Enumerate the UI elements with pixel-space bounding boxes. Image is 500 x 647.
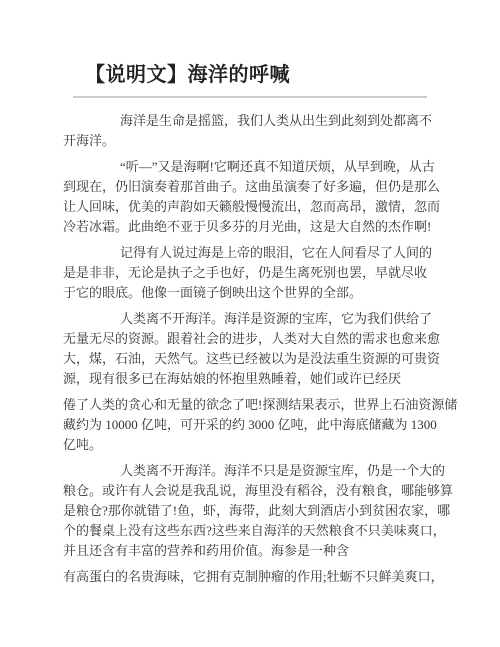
paragraph: “听—”又是海啊!它啊还真不知道厌烦，从早到晚，从古到现在，仍旧演奏着那首曲子。… <box>63 157 440 237</box>
text-line: 人类离不开海洋。海洋是资源的宝库，它为我们供给了 <box>63 309 440 329</box>
text-line: 并且还含有丰富的营养和药用价值。海参是一种含 <box>63 541 440 561</box>
text-line: 大，煤，石油，天然气。这些已经被以为是没法重生资源的可贵资 <box>63 349 440 369</box>
text-line: 人类离不开海洋。海洋不只是是资源宝库，仍是一个大的 <box>63 461 440 481</box>
text-line: 粮仓。或许有人会说是我乱说，海里没有稻谷，没有粮食，哪能够算 <box>63 481 440 501</box>
paragraph: 人类离不开海洋。海洋不只是是资源宝库，仍是一个大的粮仓。或许有人会说是我乱说，海… <box>63 461 440 561</box>
text-line: 于它的眼底。他像一面镜子倒映出这个世界的全部。 <box>63 283 440 303</box>
text-line: 源，现有很多已在海姑娘的怀抱里熟睡着，她们或许已经厌 <box>63 369 440 389</box>
title-divider <box>73 96 427 98</box>
paragraph: 人类离不开海洋。海洋是资源的宝库，它为我们供给了无量无尽的资源。跟着社会的进步，… <box>63 309 440 389</box>
text-line: 记得有人说过海是上帝的眼泪，它在人间看尽了人间的 <box>63 243 440 263</box>
text-line: 让人回味，优美的声韵如天籁般慢慢流出，忽而高昂，激情，忽而 <box>63 197 440 217</box>
text-line: 个的餐桌上没有这些东西?这些来自海洋的天然粮食不只美味爽口， <box>63 521 440 541</box>
document-page: 【说明文】海洋的呼喊 海洋是生命是摇篮，我们人类从出生到此刻到处都离不开海洋。“… <box>0 0 500 647</box>
text-line: 藏约为 10000 亿吨，可开采的约 3000 亿吨，此中海底储藏为 1300 <box>63 415 440 435</box>
text-line: 是粮仓?那你就错了!鱼，虾，海带，此刻大到酒店小到贫困农家，哪 <box>63 501 440 521</box>
page-title: 【说明文】海洋的呼喊 <box>85 62 440 88</box>
text-line: 到现在，仍旧演奏着那首曲子。这曲虽演奏了好多遍，但仍是那么 <box>63 177 440 197</box>
text-line: 冷若冰霜。此曲绝不亚于贝多芬的月光曲，这是大自然的杰作啊! <box>63 217 440 237</box>
text-line: “听—”又是海啊!它啊还真不知道厌烦，从早到晚，从古 <box>63 157 440 177</box>
text-line: 开海洋。 <box>63 131 440 151</box>
paragraph: 倦了人类的贪心和无量的欲念了吧!探测结果表示，世界上石油资源储藏约为 10000… <box>63 395 440 455</box>
paragraph: 有高蛋白的名贵海味，它拥有克制肿瘤的作用;牡蛎不只鲜美爽口， <box>63 567 440 587</box>
text-line: 亿吨。 <box>63 435 440 455</box>
text-line: 无量无尽的资源。跟着社会的进步，人类对大自然的需求也愈来愈 <box>63 329 440 349</box>
text-line: 是是非非，无论是执子之手也好，仍是生离死别也罢，早就尽收 <box>63 263 440 283</box>
text-line: 海洋是生命是摇篮，我们人类从出生到此刻到处都离不 <box>63 111 440 131</box>
paragraph: 海洋是生命是摇篮，我们人类从出生到此刻到处都离不开海洋。 <box>63 111 440 151</box>
paragraph: 记得有人说过海是上帝的眼泪，它在人间看尽了人间的是是非非，无论是执子之手也好，仍… <box>63 243 440 303</box>
text-line: 有高蛋白的名贵海味，它拥有克制肿瘤的作用;牡蛎不只鲜美爽口， <box>63 567 440 587</box>
text-line: 倦了人类的贪心和无量的欲念了吧!探测结果表示，世界上石油资源储 <box>63 395 440 415</box>
article-body: 海洋是生命是摇篮，我们人类从出生到此刻到处都离不开海洋。“听—”又是海啊!它啊还… <box>63 111 440 587</box>
